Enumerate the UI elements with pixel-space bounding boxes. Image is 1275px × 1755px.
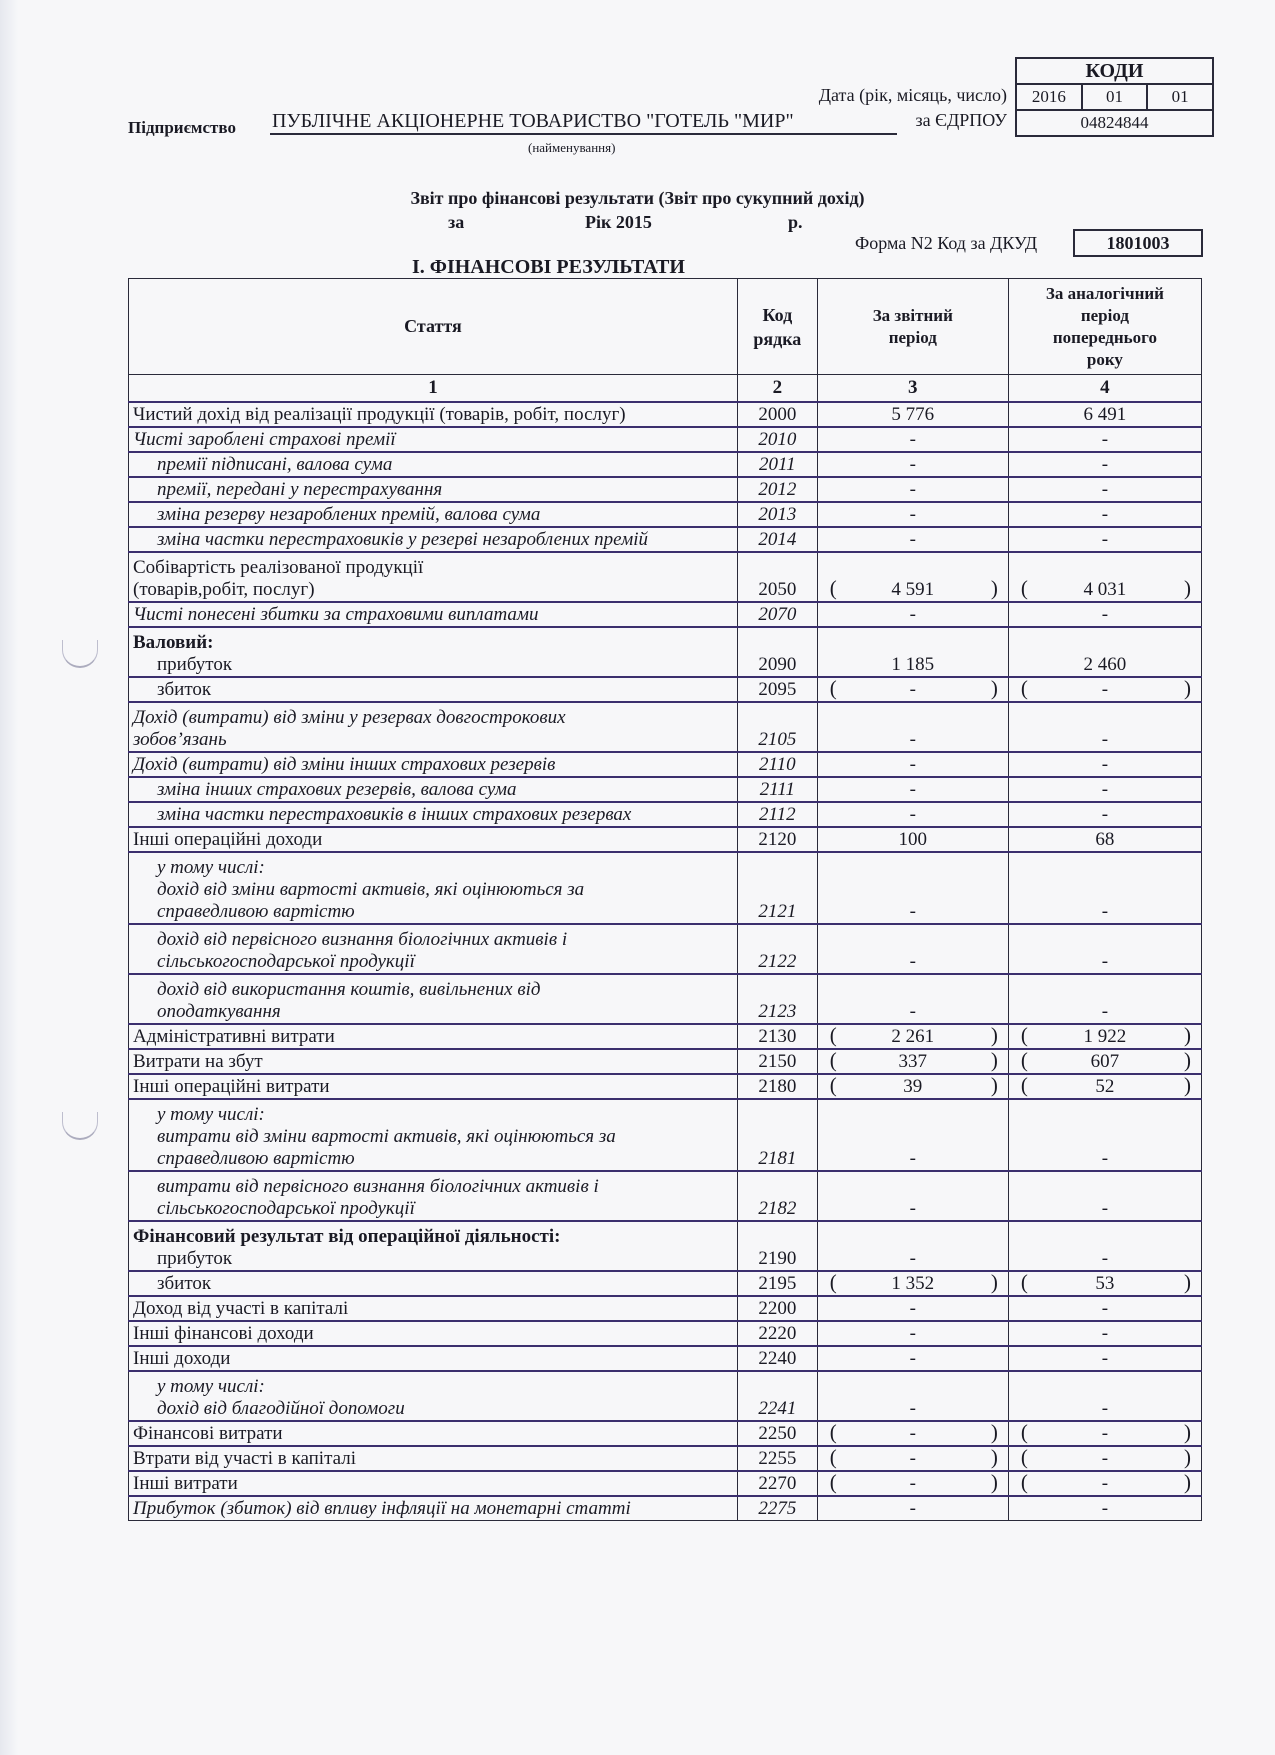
row-value-current: -	[817, 852, 1008, 924]
report-title: Звіт про фінансові результати (Звіт про …	[0, 188, 1275, 209]
value-text: -	[1102, 1398, 1108, 1419]
row-value-current: -()	[817, 1471, 1008, 1496]
row-code: 2112	[737, 802, 817, 827]
article-text: витрати від первісного визнання біологіч…	[157, 1176, 733, 1198]
row-value-current: -	[817, 477, 1008, 502]
table-row: дохід від первісного визнання біологічни…	[129, 924, 1202, 974]
value-text: -	[1102, 529, 1108, 550]
article-text: Дохід (витрати) від зміни інших страхови…	[133, 754, 733, 776]
section-title: І. ФІНАНСОВІ РЕЗУЛЬТАТИ	[412, 256, 685, 279]
row-value-current: -()	[817, 1421, 1008, 1446]
article-text: Чисті понесені збитки за страховими випл…	[133, 604, 733, 626]
row-value-current: -()	[817, 1446, 1008, 1471]
article-text: оподаткування	[157, 1001, 733, 1023]
enterprise-sublabel: (найменування)	[528, 140, 615, 156]
row-article: зміна інших страхових резервів, валова с…	[129, 777, 738, 802]
value-text: -	[910, 1298, 916, 1319]
article-text: зміна інших страхових резервів, валова с…	[157, 779, 733, 801]
table-row: дохід від використання коштів, вивільнен…	[129, 974, 1202, 1024]
row-code: 2014	[737, 527, 817, 552]
dkud-code: 1801003	[1073, 229, 1203, 257]
row-code: 2012	[737, 477, 817, 502]
close-paren: )	[991, 1470, 998, 1495]
value-text: -	[910, 951, 916, 972]
period-suffix: р.	[788, 212, 803, 233]
close-paren: )	[991, 1023, 998, 1048]
row-value-previous: -	[1008, 1099, 1201, 1171]
table-row: Собівартість реалізованої продукції(това…	[129, 552, 1202, 602]
row-article: у тому числі:витрати від зміни вартості …	[129, 1099, 738, 1171]
row-value-current: -	[817, 602, 1008, 627]
close-paren: )	[991, 1270, 998, 1295]
value-text: 4 591	[891, 579, 934, 600]
open-paren: (	[1021, 1073, 1028, 1098]
table-row: Чисті зароблені страхові премії2010--	[129, 427, 1202, 452]
value-text: 6 491	[1084, 404, 1127, 425]
row-value-previous: -	[1008, 477, 1201, 502]
row-value-previous: -	[1008, 1346, 1201, 1371]
row-value-current: -	[817, 924, 1008, 974]
row-article: зміна частки перестраховиків в інших стр…	[129, 802, 738, 827]
close-paren: )	[1184, 1445, 1191, 1470]
value-text: -	[910, 754, 916, 775]
open-paren: (	[830, 576, 837, 601]
value-text: -	[1102, 1473, 1108, 1494]
value-text: -	[910, 1423, 916, 1444]
header-article: Стаття	[129, 279, 738, 375]
row-value-current: 100	[817, 827, 1008, 852]
codes-box: КОДИ 2016 01 01 04824844	[1015, 57, 1214, 137]
header-current-period: За звітний період	[817, 279, 1008, 375]
row-code: 2240	[737, 1346, 817, 1371]
value-text: -	[910, 1323, 916, 1344]
row-value-current: -	[817, 427, 1008, 452]
row-value-previous: -	[1008, 1171, 1201, 1221]
row-article: Прибуток (збиток) від впливу інфляції на…	[129, 1496, 738, 1521]
punch-hole-mark	[62, 1112, 98, 1140]
row-value-previous: -	[1008, 1221, 1201, 1271]
value-text: -	[1102, 804, 1108, 825]
article-text: витрати від зміни вартості активів, які …	[157, 1126, 733, 1148]
value-text: -	[910, 1248, 916, 1269]
article-text: Чистий дохід від реалізації продукції (т…	[133, 404, 733, 426]
row-code: 2122	[737, 924, 817, 974]
row-value-previous: -	[1008, 702, 1201, 752]
article-text: зміна частки перестраховиків у резерві н…	[157, 529, 733, 551]
row-code: 2130	[737, 1024, 817, 1049]
row-code: 2120	[737, 827, 817, 852]
value-text: -	[910, 729, 916, 750]
value-text: -	[910, 1148, 916, 1169]
value-text: 52	[1095, 1076, 1114, 1097]
row-value-previous: -	[1008, 924, 1201, 974]
table-row: Дохід (витрати) від зміни у резервах дов…	[129, 702, 1202, 752]
row-code: 2095	[737, 677, 817, 702]
article-text: дохід від первісного визнання біологічни…	[157, 929, 733, 951]
row-article: премії підписані, валова сума	[129, 452, 738, 477]
table-row: Інші витрати2270-()-()	[129, 1471, 1202, 1496]
open-paren: (	[1021, 1270, 1028, 1295]
value-text: -	[1102, 1298, 1108, 1319]
punch-hole-mark	[62, 640, 98, 668]
row-article: Інші операційні витрати	[129, 1074, 738, 1099]
article-text: премії підписані, валова сума	[157, 454, 733, 476]
row-value-current: -	[817, 502, 1008, 527]
value-text: -	[1102, 901, 1108, 922]
row-value-current: 1 352()	[817, 1271, 1008, 1296]
row-article: Інші фінансові доходи	[129, 1321, 738, 1346]
row-value-previous: 4 031()	[1008, 552, 1201, 602]
row-value-current: 2 261()	[817, 1024, 1008, 1049]
row-code: 2200	[737, 1296, 817, 1321]
value-text: -	[910, 604, 916, 625]
row-value-previous: -	[1008, 502, 1201, 527]
close-paren: )	[1184, 1023, 1191, 1048]
row-value-previous: -()	[1008, 1471, 1201, 1496]
open-paren: (	[1021, 576, 1028, 601]
value-text: -	[910, 1348, 916, 1369]
row-value-current: 39()	[817, 1074, 1008, 1099]
value-text: -	[910, 504, 916, 525]
row-code: 2150	[737, 1049, 817, 1074]
enterprise-name: ПУБЛІЧНЕ АКЦІОНЕРНЕ ТОВАРИСТВО "ГОТЕЛЬ "…	[270, 110, 897, 135]
table-row: Валовий:прибуток20901 1852 460	[129, 627, 1202, 677]
edrpou-code: 04824844	[1017, 111, 1212, 135]
group-label: Фінансовий результат від операційної дія…	[133, 1226, 733, 1248]
row-value-previous: 6 491	[1008, 402, 1201, 427]
row-article: Дохід (витрати) від зміни інших страхови…	[129, 752, 738, 777]
value-text: 4 031	[1084, 579, 1127, 600]
row-value-current: 337()	[817, 1049, 1008, 1074]
row-code: 2090	[737, 627, 817, 677]
article-text: справедливою вартістю	[157, 901, 733, 923]
row-value-current: -	[817, 802, 1008, 827]
open-paren: (	[830, 1023, 837, 1048]
row-code: 2010	[737, 427, 817, 452]
table-row: Дохід (витрати) від зміни інших страхови…	[129, 752, 1202, 777]
row-code: 2190	[737, 1221, 817, 1271]
row-value-current: -	[817, 1496, 1008, 1521]
open-paren: (	[1021, 1023, 1028, 1048]
value-text: -	[1102, 1348, 1108, 1369]
enterprise-label: Підприємство	[128, 118, 236, 138]
close-paren: )	[1184, 1470, 1191, 1495]
article-text: дохід від зміни вартості активів, які оц…	[157, 879, 733, 901]
open-paren: (	[830, 676, 837, 701]
article-text: зміна резерву незароблених премій, валов…	[157, 504, 733, 526]
value-text: 53	[1095, 1273, 1114, 1294]
open-paren: (	[830, 1445, 837, 1470]
article-text: Інші доходи	[133, 1348, 733, 1370]
table-row: Прибуток (збиток) від впливу інфляції на…	[129, 1496, 1202, 1521]
value-text: -	[1102, 779, 1108, 800]
close-paren: )	[1184, 676, 1191, 701]
row-article: Інші операційні доходи	[129, 827, 738, 852]
row-value-previous: -()	[1008, 1446, 1201, 1471]
value-text: -	[910, 901, 916, 922]
row-value-current: 4 591()	[817, 552, 1008, 602]
article-text: збиток	[133, 679, 733, 701]
open-paren: (	[1021, 1445, 1028, 1470]
row-value-previous: -	[1008, 1496, 1201, 1521]
value-text: -	[910, 529, 916, 550]
value-text: -	[910, 1001, 916, 1022]
codes-date-row: 2016 01 01	[1017, 85, 1212, 111]
row-article: Фінансові витрати	[129, 1421, 738, 1446]
table-row: Фінансові витрати2250-()-()	[129, 1421, 1202, 1446]
row-value-previous: -	[1008, 1296, 1201, 1321]
value-text: -	[1102, 754, 1108, 775]
open-paren: (	[1021, 1470, 1028, 1495]
row-value-previous: 607()	[1008, 1049, 1201, 1074]
row-code: 2250	[737, 1421, 817, 1446]
column-number-row: 1 2 3 4	[129, 375, 1202, 403]
row-value-previous: -	[1008, 802, 1201, 827]
close-paren: )	[1184, 1073, 1191, 1098]
value-text: -	[1102, 1448, 1108, 1469]
value-text: -	[910, 1398, 916, 1419]
row-article: Валовий:прибуток	[129, 627, 738, 677]
row-code: 2050	[737, 552, 817, 602]
row-value-current: -	[817, 1171, 1008, 1221]
article-text: Адміністративні витрати	[133, 1026, 733, 1048]
value-text: -	[1102, 1498, 1108, 1519]
article-text: зміна частки перестраховиків в інших стр…	[157, 804, 733, 826]
group-label: Валовий:	[133, 632, 733, 654]
value-text: -	[910, 1198, 916, 1219]
table-row: Інші операційні доходи212010068	[129, 827, 1202, 852]
row-code: 2111	[737, 777, 817, 802]
table-row: збиток2095-()-()	[129, 677, 1202, 702]
open-paren: (	[1021, 1048, 1028, 1073]
table-row: збиток21951 352()53()	[129, 1271, 1202, 1296]
row-code: 2195	[737, 1271, 817, 1296]
row-code: 2013	[737, 502, 817, 527]
row-value-previous: -	[1008, 452, 1201, 477]
value-text: -	[910, 1448, 916, 1469]
row-value-previous: 1 922()	[1008, 1024, 1201, 1049]
article-text: Інші операційні витрати	[133, 1076, 733, 1098]
row-value-current: -	[817, 752, 1008, 777]
row-value-current: 5 776	[817, 402, 1008, 427]
row-value-previous: -	[1008, 1321, 1201, 1346]
row-article: Адміністративні витрати	[129, 1024, 738, 1049]
row-value-previous: -	[1008, 852, 1201, 924]
value-text: -	[1102, 604, 1108, 625]
value-text: -	[1102, 1323, 1108, 1344]
row-article: у тому числі:дохід від зміни вартості ак…	[129, 852, 738, 924]
row-code: 2121	[737, 852, 817, 924]
table-row: Витрати на збут2150337()607()	[129, 1049, 1202, 1074]
close-paren: )	[991, 1445, 998, 1470]
row-value-previous: -	[1008, 777, 1201, 802]
header-previous-period: За аналогічний період попереднього року	[1008, 279, 1201, 375]
value-text: -	[910, 1498, 916, 1519]
article-text: (товарів,робіт, послуг)	[133, 579, 733, 601]
value-text: 337	[899, 1051, 928, 1072]
article-text: дохід від використання коштів, вивільнен…	[157, 979, 733, 1001]
row-article: зміна частки перестраховиків у резерві н…	[129, 527, 738, 552]
table-row: зміна резерву незароблених премій, валов…	[129, 502, 1202, 527]
article-text: Чисті зароблені страхові премії	[133, 429, 733, 451]
row-value-current: -	[817, 1346, 1008, 1371]
row-value-current: -	[817, 452, 1008, 477]
article-text: у тому числі:	[157, 1104, 733, 1126]
article-text: справедливою вартістю	[157, 1148, 733, 1170]
row-value-previous: -()	[1008, 677, 1201, 702]
article-text: Інші витрати	[133, 1473, 733, 1495]
row-value-previous: -	[1008, 1371, 1201, 1421]
open-paren: (	[830, 1073, 837, 1098]
row-value-previous: 53()	[1008, 1271, 1201, 1296]
row-article: Інші доходи	[129, 1346, 738, 1371]
table-row: Чистий дохід від реалізації продукції (т…	[129, 402, 1202, 427]
close-paren: )	[991, 676, 998, 701]
row-code: 2123	[737, 974, 817, 1024]
row-value-previous: -	[1008, 752, 1201, 777]
open-paren: (	[830, 1420, 837, 1445]
row-value-previous: -()	[1008, 1421, 1201, 1446]
row-value-current: -	[817, 1296, 1008, 1321]
row-code: 2220	[737, 1321, 817, 1346]
table-row: Інші доходи2240--	[129, 1346, 1202, 1371]
value-text: -	[910, 429, 916, 450]
row-value-current: -	[817, 974, 1008, 1024]
row-value-current: -	[817, 527, 1008, 552]
table-row: Інші фінансові доходи2220--	[129, 1321, 1202, 1346]
column-number: 1	[129, 375, 738, 403]
row-article: витрати від первісного визнання біологіч…	[129, 1171, 738, 1221]
value-text: -	[910, 1473, 916, 1494]
value-text: -	[910, 804, 916, 825]
value-text: -	[1102, 1148, 1108, 1169]
column-number: 2	[737, 375, 817, 403]
open-paren: (	[830, 1048, 837, 1073]
close-paren: )	[1184, 1420, 1191, 1445]
table-row: у тому числі:витрати від зміни вартості …	[129, 1099, 1202, 1171]
value-text: -	[910, 454, 916, 475]
article-text: дохід від благодійної допомоги	[157, 1398, 733, 1420]
value-text: 100	[899, 829, 928, 850]
column-number: 3	[817, 375, 1008, 403]
row-code: 2255	[737, 1446, 817, 1471]
value-text: -	[1102, 951, 1108, 972]
article-text: Втрати від участі в капіталі	[133, 1448, 733, 1470]
row-article: Собівартість реалізованої продукції(това…	[129, 552, 738, 602]
close-paren: )	[1184, 576, 1191, 601]
table-row: у тому числі:дохід від благодійної допом…	[129, 1371, 1202, 1421]
value-text: -	[1102, 1198, 1108, 1219]
article-text: збиток	[133, 1273, 733, 1295]
row-code: 2011	[737, 452, 817, 477]
row-value-current: -	[817, 1321, 1008, 1346]
value-text: -	[1102, 1248, 1108, 1269]
close-paren: )	[991, 1420, 998, 1445]
row-value-previous: -	[1008, 527, 1201, 552]
row-code: 2181	[737, 1099, 817, 1171]
article-text: Витрати на збут	[133, 1051, 733, 1073]
row-code: 2180	[737, 1074, 817, 1099]
row-value-previous: 52()	[1008, 1074, 1201, 1099]
value-text: -	[1102, 1001, 1108, 1022]
row-article: у тому числі:дохід від благодійної допом…	[129, 1371, 738, 1421]
row-value-previous: -	[1008, 602, 1201, 627]
row-article: дохід від первісного визнання біологічни…	[129, 924, 738, 974]
value-text: 607	[1091, 1051, 1120, 1072]
row-article: Чисті понесені збитки за страховими випл…	[129, 602, 738, 627]
value-text: 68	[1095, 829, 1114, 850]
date-day: 01	[1146, 85, 1212, 109]
row-value-previous: 68	[1008, 827, 1201, 852]
table-row: у тому числі:дохід від зміни вартості ак…	[129, 852, 1202, 924]
row-value-previous: -	[1008, 974, 1201, 1024]
row-article: зміна резерву незароблених премій, валов…	[129, 502, 738, 527]
table-row: премії підписані, валова сума2011--	[129, 452, 1202, 477]
open-paren: (	[1021, 676, 1028, 701]
table-row: Адміністративні витрати21302 261()1 922(…	[129, 1024, 1202, 1049]
close-paren: )	[1184, 1270, 1191, 1295]
row-code: 2241	[737, 1371, 817, 1421]
article-text: Прибуток (збиток) від впливу інфляції на…	[133, 1498, 733, 1520]
value-text: -	[1102, 454, 1108, 475]
row-article: Дохід (витрати) від зміни у резервах дов…	[129, 702, 738, 752]
row-code: 2182	[737, 1171, 817, 1221]
value-text: -	[1102, 729, 1108, 750]
article-text: премії, передані у перестрахування	[157, 479, 733, 501]
row-value-current: -	[817, 1371, 1008, 1421]
row-code: 2070	[737, 602, 817, 627]
row-code: 2000	[737, 402, 817, 427]
article-text: зобов’язань	[133, 729, 733, 751]
article-text: Фінансові витрати	[133, 1423, 733, 1445]
value-text: 5 776	[891, 404, 934, 425]
row-article: Чистий дохід від реалізації продукції (т…	[129, 402, 738, 427]
article-text: у тому числі:	[157, 1376, 733, 1398]
close-paren: )	[991, 1073, 998, 1098]
value-text: -	[1102, 504, 1108, 525]
row-code: 2275	[737, 1496, 817, 1521]
table-row: Втрати від участі в капіталі2255-()-()	[129, 1446, 1202, 1471]
article-text: прибуток	[133, 654, 733, 676]
row-article: Втрати від участі в капіталі	[129, 1446, 738, 1471]
row-value-previous: -	[1008, 427, 1201, 452]
row-code: 2105	[737, 702, 817, 752]
table-row: витрати від первісного визнання біологіч…	[129, 1171, 1202, 1221]
value-text: -	[1102, 429, 1108, 450]
article-text: Інші операційні доходи	[133, 829, 733, 851]
table-body: Чистий дохід від реалізації продукції (т…	[129, 402, 1202, 1521]
form-label: Форма N2 Код за ДКУД	[855, 233, 1037, 254]
table-row: Доход від участі в капіталі2200--	[129, 1296, 1202, 1321]
row-value-previous: 2 460	[1008, 627, 1201, 677]
close-paren: )	[1184, 1048, 1191, 1073]
open-paren: (	[1021, 1420, 1028, 1445]
table-row: Інші операційні витрати218039()52()	[129, 1074, 1202, 1099]
value-text: 2 460	[1084, 654, 1127, 675]
date-label: Дата (рік, місяць, число)	[819, 85, 1007, 106]
column-number: 4	[1008, 375, 1201, 403]
edrpou-label: за ЄДРПОУ	[915, 110, 1007, 131]
scanned-page-edge	[0, 0, 18, 1755]
article-text: сільськогосподарської продукції	[157, 1198, 733, 1220]
row-article: Доход від участі в капіталі	[129, 1296, 738, 1321]
row-value-current: -	[817, 777, 1008, 802]
row-value-current: 1 185	[817, 627, 1008, 677]
date-month: 01	[1081, 85, 1147, 109]
row-article: Чисті зароблені страхові премії	[129, 427, 738, 452]
table-row: зміна частки перестраховиків у резерві н…	[129, 527, 1202, 552]
article-text: прибуток	[133, 1248, 733, 1270]
